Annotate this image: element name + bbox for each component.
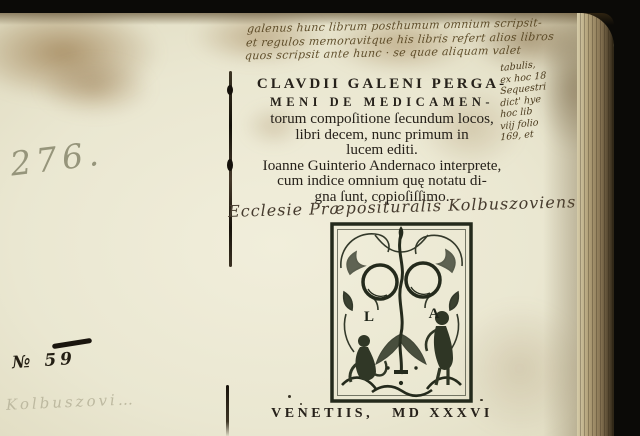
- imprint-place: VENETIIS,: [271, 406, 373, 421]
- handwritten-annotation-top: galenus hunc librum posthumum omnium scr…: [244, 16, 569, 63]
- device-ring-left: [363, 265, 397, 299]
- ink-speck: [480, 399, 483, 401]
- crease-line: [226, 385, 229, 436]
- title-line: libri decem, nunc primum in: [236, 127, 528, 143]
- device-ring-right: [406, 263, 440, 297]
- ink-blot: [227, 85, 233, 95]
- page-curl-shadow: [543, 13, 577, 436]
- book-fore-edge: [577, 13, 614, 436]
- imprint-date: MD XXXVI: [392, 406, 493, 421]
- book-page: galenus hunc librum posthumum omnium scr…: [0, 13, 614, 436]
- ribbon-ornament: [342, 378, 461, 396]
- ink-stroke: [52, 338, 92, 349]
- ink-speck: [300, 403, 302, 405]
- device-letter-l: L: [364, 309, 374, 325]
- ink-speck: [288, 395, 291, 398]
- stain-blob: [0, 5, 161, 101]
- printed-title-block: CLAVDII GALENI PERGA- MENI DE MEDICAMEN-…: [236, 75, 528, 204]
- title-line: torum compoſitione ſecundum locos,: [236, 111, 528, 127]
- printer-device-woodcut: L A: [330, 222, 473, 403]
- device-letter-a: A: [429, 306, 440, 322]
- ink-blot: [227, 159, 233, 171]
- title-line: cum indice omnium quę notatu di-: [236, 173, 528, 189]
- imprint-line: VENETIIS, MD XXXVI: [236, 406, 528, 422]
- stain-blob: [38, 59, 153, 117]
- pencil-note: Kolbuszovi…: [6, 390, 136, 414]
- candelabrum-stem: [400, 234, 403, 374]
- title-line: lucem editi.: [236, 142, 528, 158]
- photo-frame: galenus hunc librum posthumum omnium scr…: [0, 0, 640, 436]
- putto-figure: [426, 311, 453, 385]
- shelf-mark: № 59: [11, 349, 76, 373]
- title-line: MENI DE MEDICAMEN-: [236, 94, 528, 111]
- page-number-inscription: 276.: [8, 133, 106, 183]
- title-line: Ioanne Guinterio Andernaco interprete,: [236, 158, 528, 174]
- title-line: CLAVDII GALENI PERGA-: [236, 75, 528, 94]
